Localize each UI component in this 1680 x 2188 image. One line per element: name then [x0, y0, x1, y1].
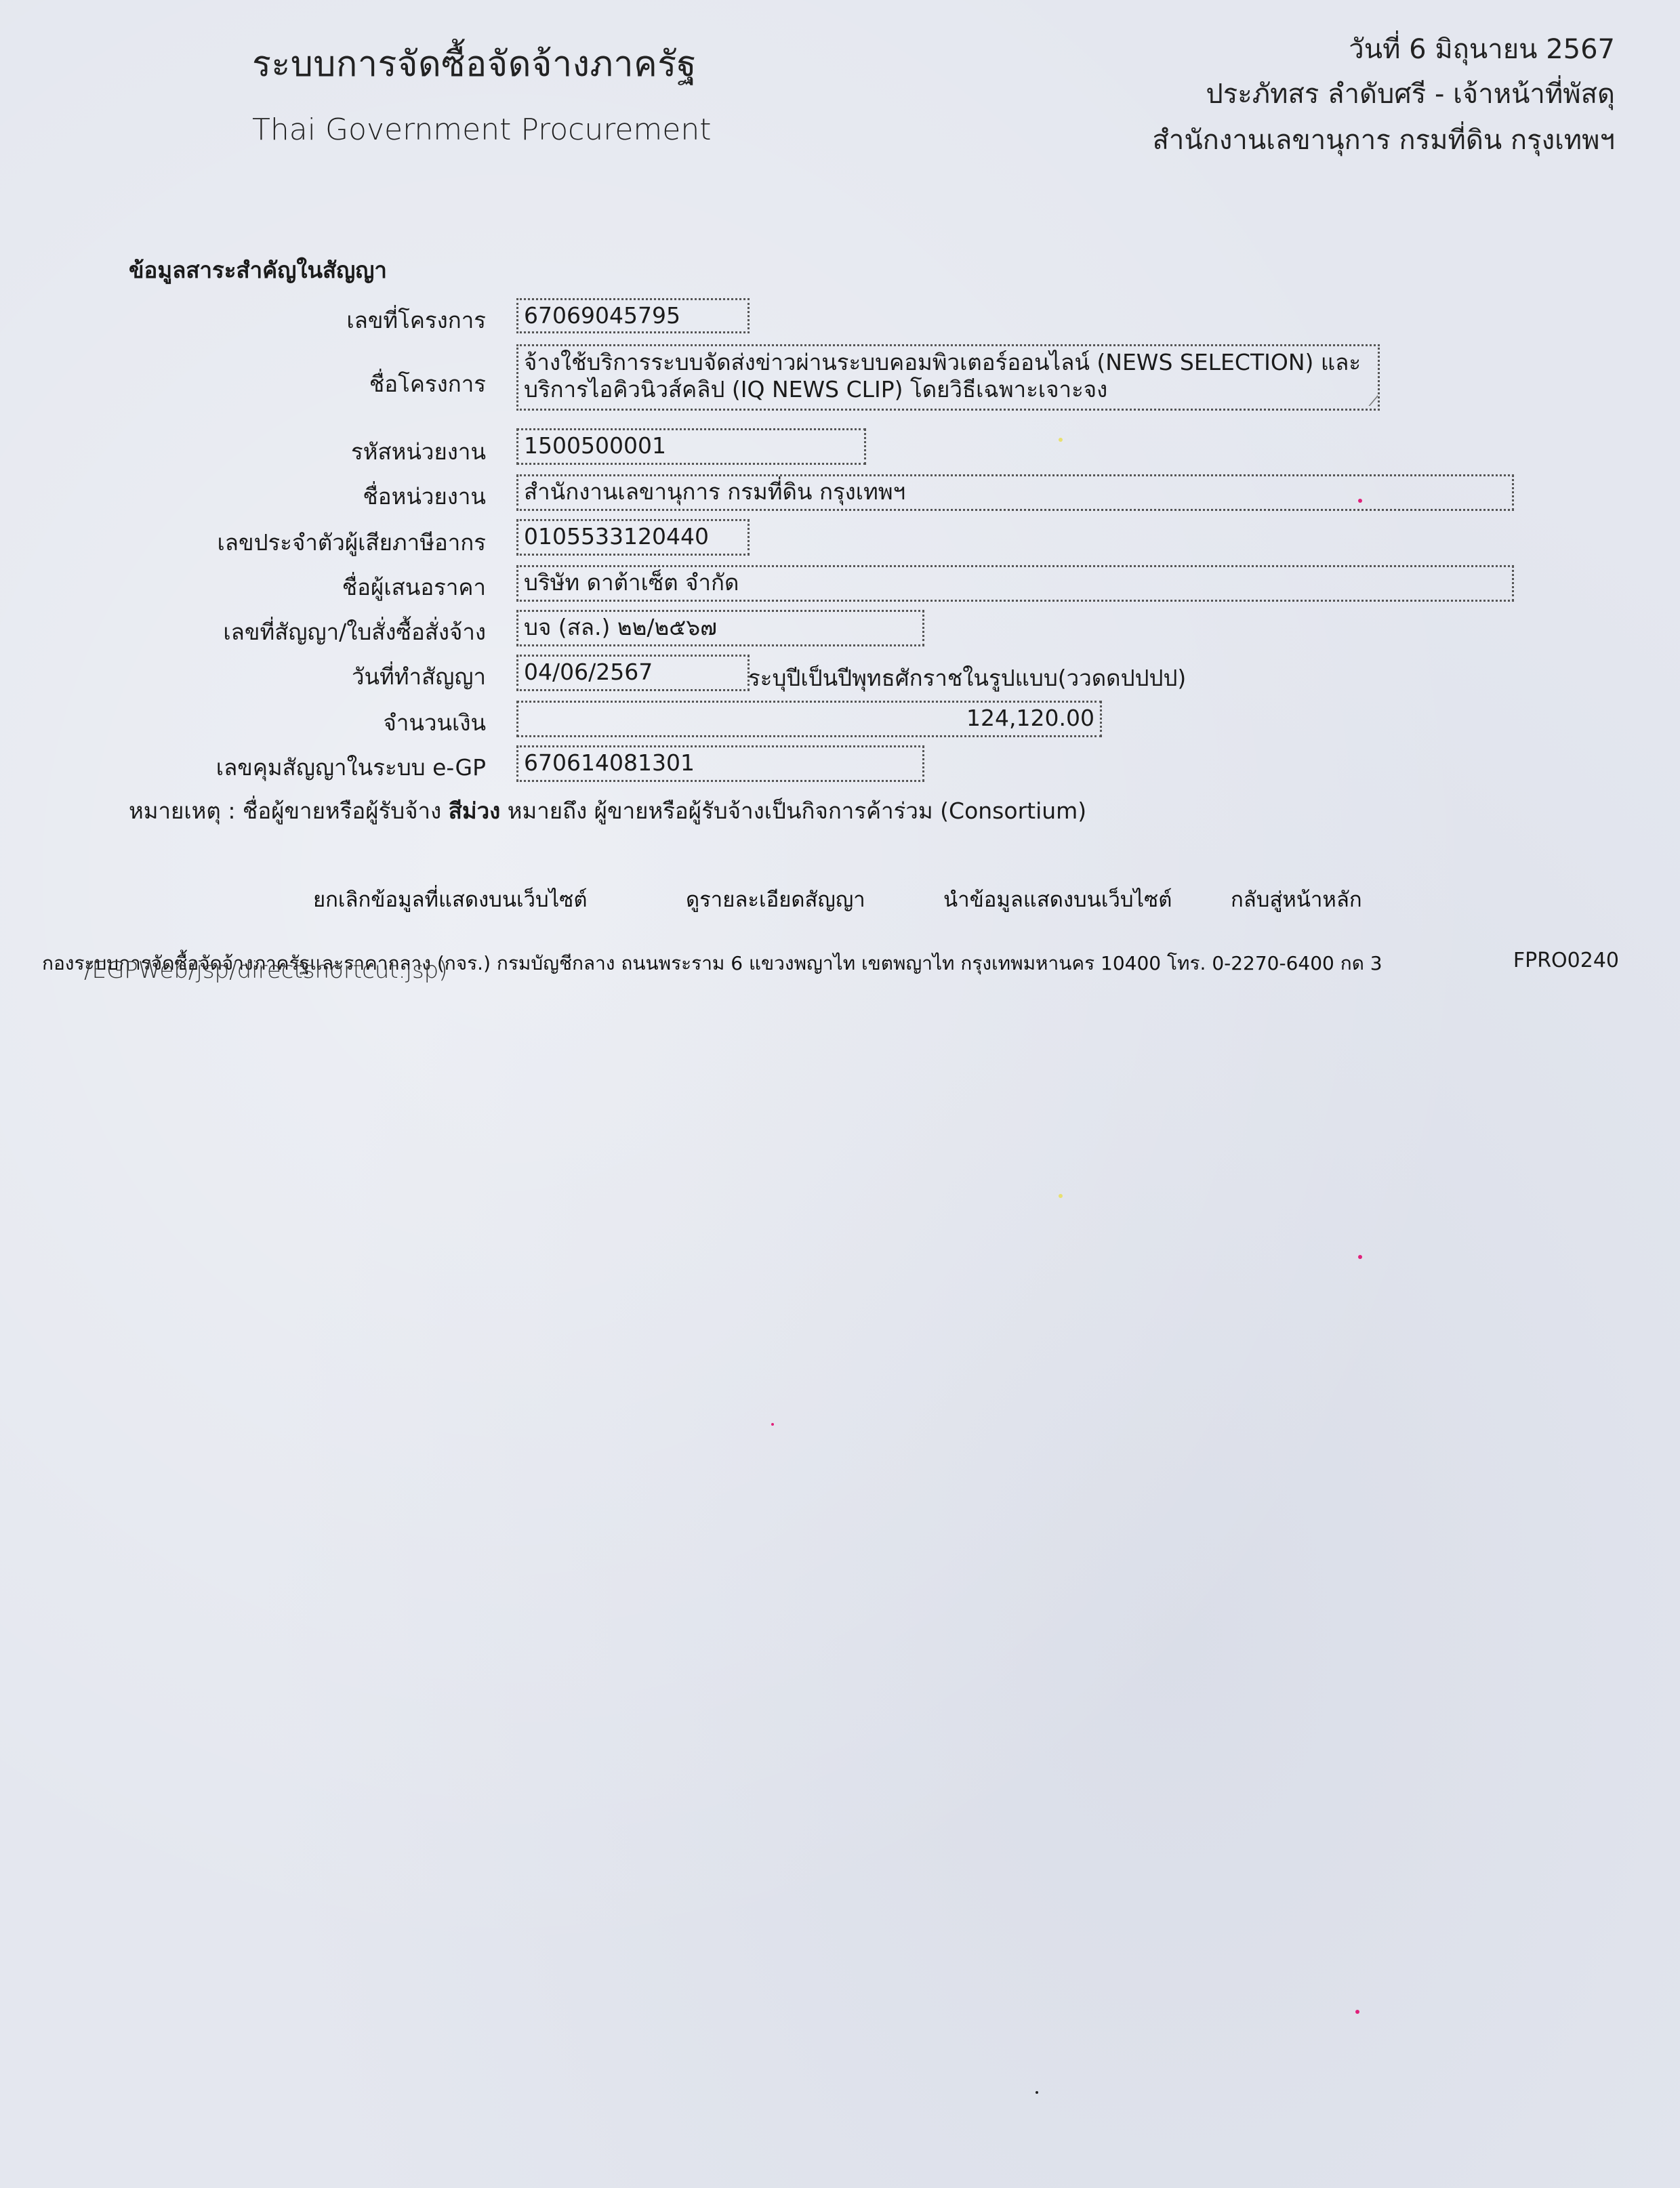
view-contract-details-link[interactable]: ดูรายละเอียดสัญญา: [686, 882, 865, 916]
scan-speck: [1355, 2010, 1359, 2014]
project-number-field[interactable]: 67069045795: [516, 298, 750, 333]
current-date: วันที่ 6 มิถุนายน 2567: [1349, 27, 1615, 70]
project-number-label: เลขที่โครงการ: [346, 302, 486, 338]
tax-id-field[interactable]: 0105533120440: [516, 519, 750, 556]
egp-control-number-label: เลขคุมสัญญาในระบบ e-GP: [216, 749, 486, 785]
project-name-textarea[interactable]: จ้างใช้บริการระบบจัดส่งข่าวผ่านระบบคอมพิ…: [516, 344, 1380, 411]
project-name-value: จ้างใช้บริการระบบจัดส่งข่าวผ่านระบบคอมพิ…: [524, 349, 1361, 402]
system-title-thai: ระบบการจัดซื้อจัดจ้างภาครัฐ: [252, 35, 697, 91]
amount-field[interactable]: 124,120.00: [516, 701, 1102, 737]
note-prefix: หมายเหตุ : ชื่อผู้ขายหรือผู้รับจ้าง: [129, 798, 449, 824]
scan-speck: [1036, 2091, 1038, 2094]
agency-code-label: รหัสหน่วยงาน: [351, 434, 486, 470]
tax-id-label: เลขประจำตัวผู้เสียภาษีอากร: [218, 524, 486, 560]
back-to-home-link[interactable]: กลับสู่หน้าหลัก: [1231, 882, 1362, 916]
project-name-label: ชื่อโครงการ: [369, 366, 486, 402]
scan-speck: [1358, 499, 1362, 503]
contract-number-field[interactable]: บจ (สล.) ๒๒/๒๕๖๗: [516, 610, 924, 646]
contract-date-field[interactable]: 04/06/2567: [516, 655, 750, 691]
note-highlight: สีม่วง: [449, 798, 501, 824]
consortium-note: หมายเหตุ : ชื่อผู้ขายหรือผู้รับจ้าง สีม่…: [129, 793, 1086, 829]
user-info: ประภัทสร ลำดับศรี - เจ้าหน้าที่พัสดุ: [1206, 72, 1615, 115]
scan-speck: [1358, 1255, 1362, 1259]
scan-speck: [771, 1423, 774, 1426]
contract-number-label: เลขที่สัญญา/ใบสั่งซื้อสั่งจ้าง: [223, 614, 486, 650]
contract-date-label: วันที่ทำสัญญา: [352, 659, 486, 695]
note-suffix: หมายถึง ผู้ขายหรือผู้รับจ้างเป็นกิจการค้…: [500, 798, 1086, 824]
scan-speck: [1059, 1194, 1063, 1198]
publish-to-website-link[interactable]: นำข้อมูลแสดงบนเว็บไซต์: [943, 882, 1172, 916]
agency-name-field[interactable]: สำนักงานเลขานุการ กรมที่ดิน กรุงเทพฯ: [516, 474, 1514, 511]
amount-label: จำนวนเงิน: [384, 705, 486, 741]
cancel-web-display-link[interactable]: ยกเลิกข้อมูลที่แสดงบนเว็บไซต์: [313, 882, 587, 916]
section-title: ข้อมูลสาระสำคัญในสัญญา: [129, 252, 387, 288]
bidder-name-field[interactable]: บริษัท ดาต้าเซ็ต จำกัด: [516, 565, 1514, 602]
agency-name-label: ชื่อหน่วยงาน: [363, 478, 486, 514]
page-code: FPRO0240: [1513, 949, 1619, 972]
scan-speck: [1059, 438, 1063, 442]
egp-control-number-field[interactable]: 670614081301: [516, 745, 924, 782]
footer-url: /EGPWeb/jsp/directshortcut.jsp): [84, 957, 448, 984]
bidder-name-label: ชื่อผู้เสนอราคา: [342, 569, 486, 605]
system-title-english: Thai Government Procurement: [252, 112, 711, 147]
resize-grip-icon[interactable]: [1356, 394, 1380, 406]
agency-code-field[interactable]: 1500500001: [516, 428, 866, 465]
user-organization: สำนักงานเลขานุการ กรมที่ดิน กรุงเทพฯ: [1152, 118, 1615, 161]
contract-date-format-hint: ระบุปีเป็นปีพุทธศักราชในรูปแบบ(ววดดปปปป): [748, 660, 1186, 696]
